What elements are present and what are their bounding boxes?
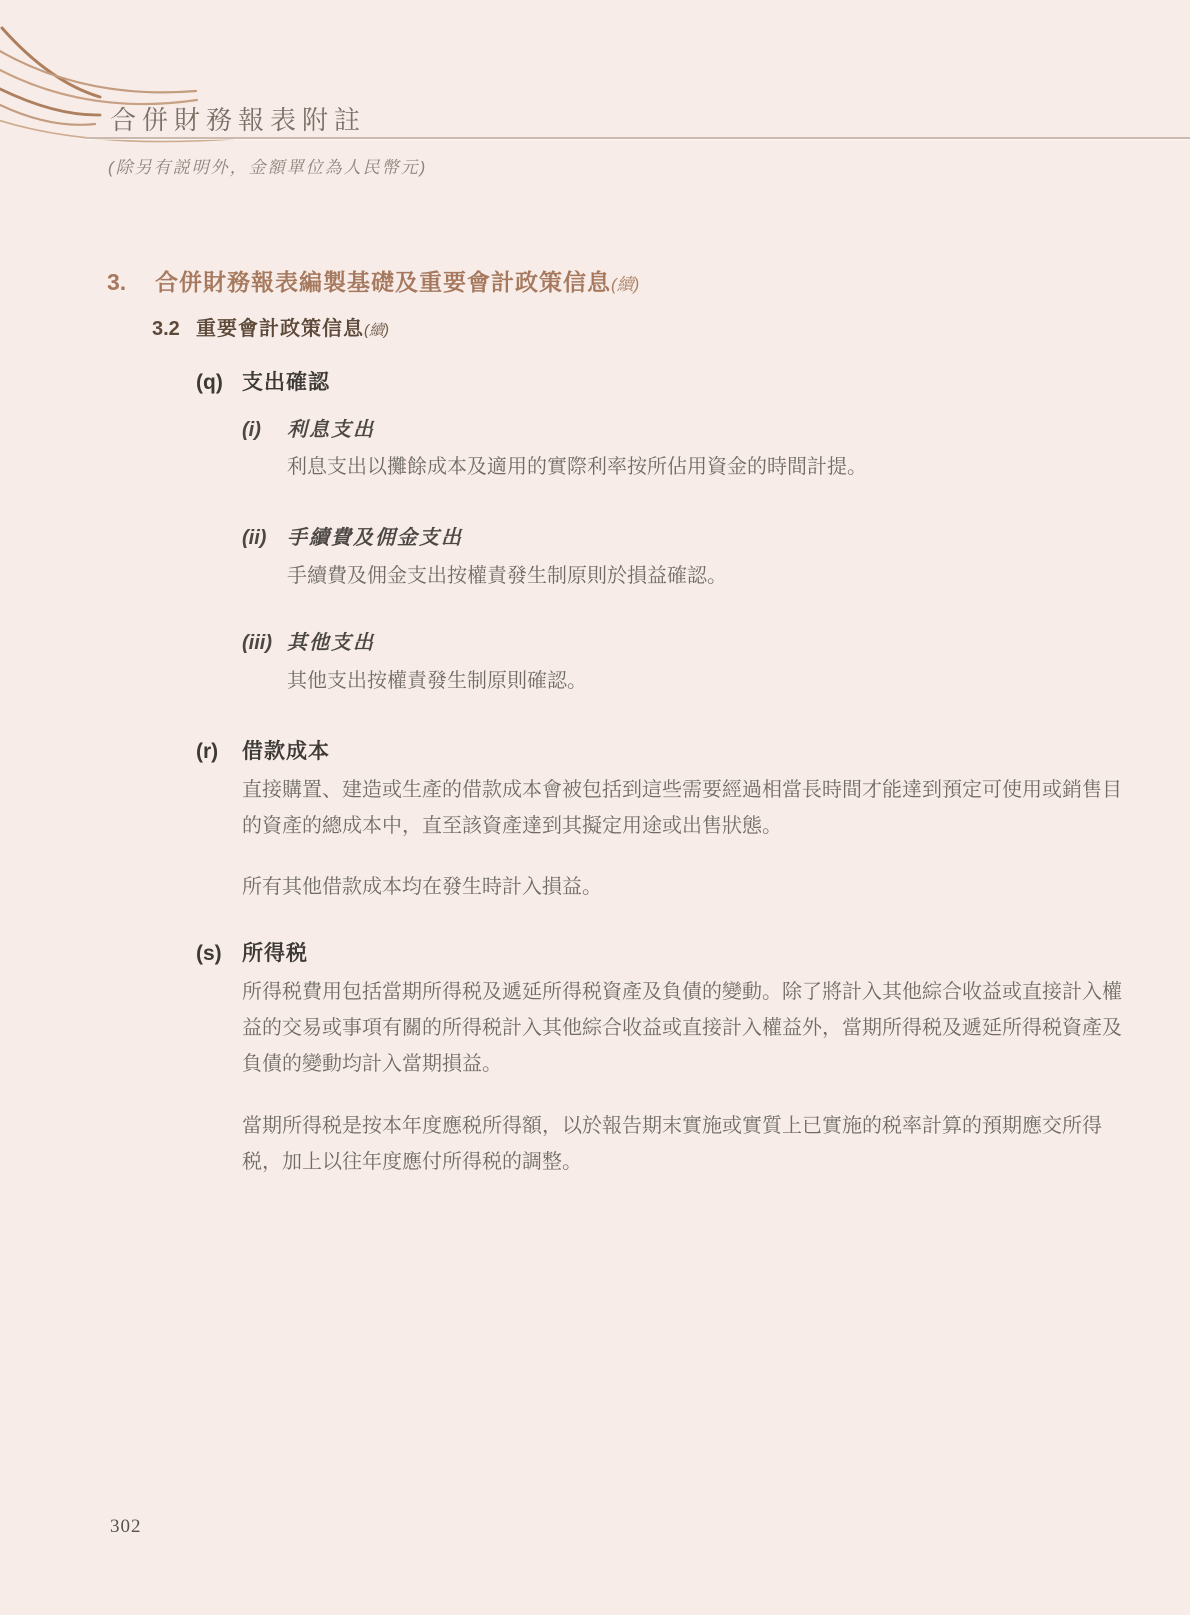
subitem-iii-label: (iii) <box>242 632 287 655</box>
item-q-heading: (q)支出確認 <box>196 366 330 396</box>
subitem-iii-heading: (iii)其他支出 <box>242 626 375 655</box>
item-r-label: (r) <box>196 740 242 764</box>
subitem-ii-title: 手續費及佣金支出 <box>287 527 463 549</box>
header-divider <box>85 137 1190 139</box>
swoosh-lines-decoration <box>0 0 300 170</box>
subitem-ii-paragraph: 手續費及佣金支出按權責發生制原則於損益確認。 <box>287 558 1175 594</box>
item-r-title: 借款成本 <box>242 740 330 763</box>
section-heading: 3.合併財務報表編製基礎及重要會計政策信息(續) <box>107 264 639 297</box>
subitem-i-label: (i) <box>242 419 287 442</box>
subitem-i-paragraph: 利息支出以攤餘成本及適用的實際利率按所佔用資金的時間計提。 <box>287 449 1175 485</box>
item-s-paragraph-2: 當期所得税是按本年度應税所得額，以於報告期末實施或實質上已實施的税率計算的預期應… <box>242 1108 1130 1180</box>
section-title: 合併財務報表編製基礎及重要會計政策信息 <box>155 269 611 295</box>
subsection-heading: 3.2重要會計政策信息(續) <box>152 312 389 341</box>
page-title: 合併財務報表附註 <box>110 100 366 137</box>
section-number: 3. <box>107 269 155 296</box>
item-s-heading: (s)所得税 <box>196 937 308 967</box>
item-q-title: 支出確認 <box>242 371 330 394</box>
item-r-heading: (r)借款成本 <box>196 735 330 765</box>
item-s-paragraph-1: 所得税費用包括當期所得税及遞延所得税資產及負債的變動。除了將計入其他綜合收益或直… <box>242 974 1130 1082</box>
item-q-label: (q) <box>196 371 242 395</box>
subitem-iii-paragraph: 其他支出按權責發生制原則確認。 <box>287 663 1175 699</box>
section-continued: (續) <box>611 275 639 294</box>
document-page: 合併財務報表附註 (除另有説明外，金額單位為人民幣元) 3.合併財務報表編製基礎… <box>0 0 1190 1615</box>
subitem-i-heading: (i)利息支出 <box>242 413 375 442</box>
subitem-ii-heading: (ii)手續費及佣金支出 <box>242 521 463 550</box>
item-r-paragraph-2: 所有其他借款成本均在發生時計入損益。 <box>242 869 1130 905</box>
currency-note: (除另有説明外，金額單位為人民幣元) <box>108 153 427 178</box>
page-number: 302 <box>110 1516 142 1538</box>
subitem-i-title: 利息支出 <box>287 419 375 441</box>
subsection-number: 3.2 <box>152 318 196 341</box>
item-s-label: (s) <box>196 942 242 966</box>
subsection-title: 重要會計政策信息 <box>196 318 364 340</box>
subitem-ii-label: (ii) <box>242 527 287 550</box>
item-r-paragraph-1: 直接購置、建造或生產的借款成本會被包括到這些需要經過相當長時間才能達到預定可使用… <box>242 772 1130 844</box>
subsection-continued: (續) <box>364 322 389 339</box>
subitem-iii-title: 其他支出 <box>287 632 375 654</box>
item-s-title: 所得税 <box>242 942 308 965</box>
